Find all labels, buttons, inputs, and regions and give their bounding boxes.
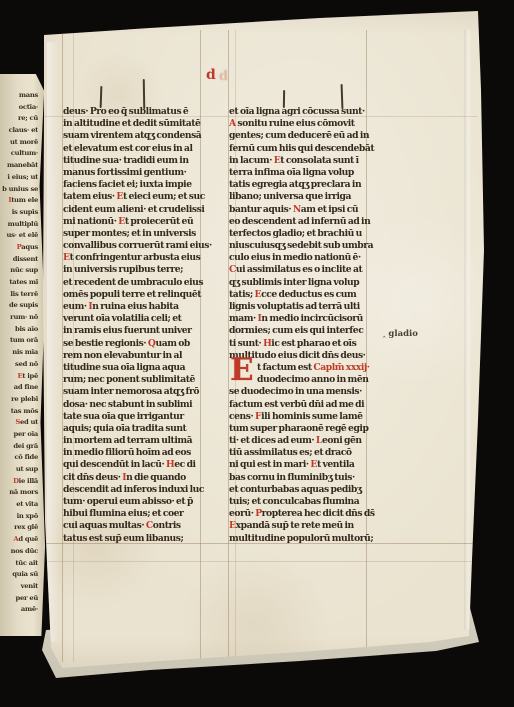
ascender-stroke (100, 86, 102, 108)
red-ink-segment: C (146, 520, 153, 531)
text-line: in mortem ad terram ultimā (63, 435, 203, 447)
text-line: tum orā (1, 335, 38, 347)
manuscript-photo: mansoctīa·re; cūclaus· etut morēcultum·m… (0, 0, 514, 707)
text-line: multiplū (1, 219, 38, 231)
text-line: terfectos gladio; et brachiū u (229, 228, 369, 240)
text-line: tatis egregia atqʒ preclara in (229, 179, 369, 191)
fore-edge-fold (464, 30, 472, 630)
text-line: aquis; quia oīa tradita sunt (63, 423, 203, 435)
text-line: lignis voluptatis ad terrā ulti (229, 301, 369, 313)
text-line: cens· Fili hominis sume lamē (229, 411, 369, 423)
text-line: quia sū (1, 569, 38, 581)
chapter-initial: E (230, 357, 258, 385)
text-line: b unius se (1, 184, 38, 196)
text-line: bis aīo (1, 324, 38, 336)
text-line: tatis; Ecce deductus es cum (229, 289, 369, 301)
text-line: in altitudine et dedit sūmitatē (63, 118, 203, 130)
text-line: manebāt (1, 160, 38, 172)
text-line: libano; universa que irriga (229, 191, 369, 203)
text-line: rum· nō (1, 312, 38, 324)
quire-mark: d (206, 67, 216, 83)
text-line: in lacum· Et consolata sunt ī (229, 155, 369, 167)
text-line: bas cornu in fluminibʒ tuis· (229, 472, 369, 484)
text-line: Cui assimilatus es o inclite at (229, 264, 369, 276)
ascender-stroke (143, 79, 145, 109)
text-line: Itum ele (1, 195, 38, 207)
text-line: Ad quē (1, 534, 38, 546)
text-line: Die illā (1, 476, 38, 488)
text-line: terra infima oīa ligna volup (229, 167, 369, 179)
text-line: rem non elevabuntur in al (63, 350, 203, 362)
text-line: mans (1, 90, 38, 102)
text-line: Expandā sup̄ te rete meū in (229, 520, 369, 532)
text-line: et elevatum est cor eius in al (63, 143, 203, 155)
text-line: Et ipē (1, 371, 38, 383)
text-line: tate sua oīa que irrigantur (63, 411, 203, 423)
text-line: niuscuiusqʒ sedebit sub umbra (229, 240, 369, 252)
text-line: convallibus corruerūt rami eius· (63, 240, 203, 252)
text-line: super montes; et in universis (63, 228, 203, 240)
text-line: in xpō (1, 511, 38, 523)
text-line: per eū (1, 593, 38, 605)
text-line: rex glē (1, 522, 38, 534)
text-line: tatem eius· Et eieci eum; et suc (63, 191, 203, 203)
text-line: hibui flumina eius; et coer (63, 508, 203, 520)
text-line: cit dn̄s deus· In die quando (63, 472, 203, 484)
text-line: tuis; et conculcabas flumina (229, 496, 369, 508)
text-line: us· et elē (1, 230, 38, 242)
insertion-caret: ‸ (382, 331, 386, 338)
red-ink-segment: A (229, 118, 236, 129)
text-line: i eius; ut (1, 172, 38, 184)
red-ink-segment: C (229, 264, 236, 275)
left-text-column: deus· Pro eo q̄ sublimatus ēin altitudin… (63, 106, 203, 545)
text-line: cui aquas multas· Contris (63, 520, 203, 532)
text-line: Et confringentur arbusta eius (63, 252, 203, 264)
text-line: rum; nec ponent sublimitatē (63, 374, 203, 386)
text-line: lis terrē (1, 289, 38, 301)
text-line: dormies; cum eis qui interfec (229, 325, 369, 337)
text-line: A sonitu ruine eius cōmovit (229, 118, 369, 130)
text-line: re plebī (1, 394, 38, 406)
text-line: is supīs (1, 207, 38, 219)
text-line: octīa· (1, 102, 38, 114)
text-line: qui descendūt in lacū· Hec di (63, 459, 203, 471)
text-line: et oīa ligna agri cōcussa sunt· (229, 106, 369, 118)
text-line: tiū assimilatus es; et dracō (229, 447, 369, 459)
text-line: cident eum alieni· et crudelissi (63, 204, 203, 216)
text-line: multitudine populorū multorū; (229, 533, 369, 545)
margin-gloss: ‸gladio (382, 329, 418, 339)
red-ink-segment: N (293, 204, 301, 215)
text-line: tates mī (1, 277, 38, 289)
text-line: cō fide (1, 452, 38, 464)
text-line: gentes; cum deducerē eū ad in (229, 130, 369, 142)
text-line: ti· et dices ad eum· Leoni gēn (229, 435, 369, 447)
text-line: per oīa (1, 429, 38, 441)
text-line: titudine sua· tradidi eum in (63, 155, 203, 167)
facing-page-edge: mansoctīa·re; cūclaus· etut morēcultum·m… (0, 74, 46, 636)
text-line: ti sunt· Hic est pharao et oīs (229, 338, 369, 350)
red-ink-segment: Caplm̄ xxxij· (313, 362, 369, 373)
text-line: et recedent de umbraculo eius (63, 277, 203, 289)
text-line: claus· et (1, 125, 38, 137)
text-line: nūc sup (1, 265, 38, 277)
parchment-page: d d deus· Pro eo q̄ sublimatus ēin altit… (0, 0, 514, 707)
facing-page-lines: mansoctīa·re; cūclaus· etut morēcultum·m… (1, 90, 38, 616)
text-line: tum· operui eum abisso· et p̄ (63, 496, 203, 508)
text-line: in medio filiorū hoīm ad eos (63, 447, 203, 459)
text-line: suam virentem atqʒ condensā (63, 130, 203, 142)
text-line: sed nō (1, 359, 38, 371)
text-line: titudine sua oīa ligna aqua (63, 362, 203, 374)
text-line: qʒ sublimis inter ligna volup (229, 277, 369, 289)
text-line: in universis rupibus terre; (63, 264, 203, 276)
text-line: suam inter nemorosa atqʒ frō (63, 386, 203, 398)
text-line: verunt oīa volatilia celi; et (63, 313, 203, 325)
text-line: omēs populi terre et relinquēt (63, 289, 203, 301)
text-line: eum· In ruina eius habita (63, 301, 203, 313)
text-line: se duodecimo in una mensis· (229, 386, 369, 398)
gutter-highlight (47, 42, 60, 642)
text-line: deus· Pro eo q̄ sublimatus ē (63, 106, 203, 118)
text-line: tas mōs (1, 406, 38, 418)
text-line: Sed ut (1, 417, 38, 429)
text-line: manus fortissimi gentium· (63, 167, 203, 179)
text-line: mi nationū· Et proiecerūt eū (63, 216, 203, 228)
text-line: Paqus (1, 242, 38, 254)
text-line: amē· (1, 604, 38, 616)
text-line: ut sup (1, 464, 38, 476)
text-line: ad fine (1, 382, 38, 394)
text-line: se bestie regionis· Quam ob (63, 338, 203, 350)
text-line: ut morē (1, 137, 38, 149)
text-line: venit (1, 581, 38, 593)
text-line: eorū· Propterea hec dicit dn̄s ds̄ (229, 508, 369, 520)
right-text-column: et oīa ligna agri cōcussa sunt·A sonitu … (229, 106, 369, 545)
quire-mark-ghost: d (219, 69, 228, 84)
text-line: tum super pharaonē regē egip (229, 423, 369, 435)
text-line: nis mīa (1, 347, 38, 359)
text-line: et vita (1, 499, 38, 511)
text-line: dei grā (1, 441, 38, 453)
text-line: eo descendent ad infernū ad in (229, 216, 369, 228)
text-line: descendit ad inferos induxi luc (63, 484, 203, 496)
ruling-line (44, 561, 478, 562)
text-line: re; cū (1, 113, 38, 125)
text-line: faciens faciet ei; iuxta impie (63, 179, 203, 191)
text-line: tatus est sup̄ eum libanus; (63, 533, 203, 545)
text-line: mam· In medio incircūcisorū (229, 313, 369, 325)
text-line: bantur aquis· Nam et ipsi cū (229, 204, 369, 216)
text-line: nos dūc (1, 546, 38, 558)
text-line: in ramis eius fuerunt univer (63, 325, 203, 337)
text-line: fernū cum hiis qui descendebāt (229, 143, 369, 155)
text-line: de supis (1, 300, 38, 312)
text-line: dosa· nec stabunt in sublimi (63, 399, 203, 411)
text-line: nā mors (1, 487, 38, 499)
text-line: cultum· (1, 148, 38, 160)
text-line: factum est verbū dn̄i ad me di (229, 399, 369, 411)
margin-gloss-text: gladio (388, 329, 418, 339)
text-line: culo eius in medio nationū ē· (229, 252, 369, 264)
text-line: tūc ait (1, 558, 38, 570)
text-line: ni qui est in mari· Et ventila (229, 459, 369, 471)
text-line: et conturbabas aquas pedibʒ (229, 484, 369, 496)
text-line: dissent (1, 254, 38, 266)
